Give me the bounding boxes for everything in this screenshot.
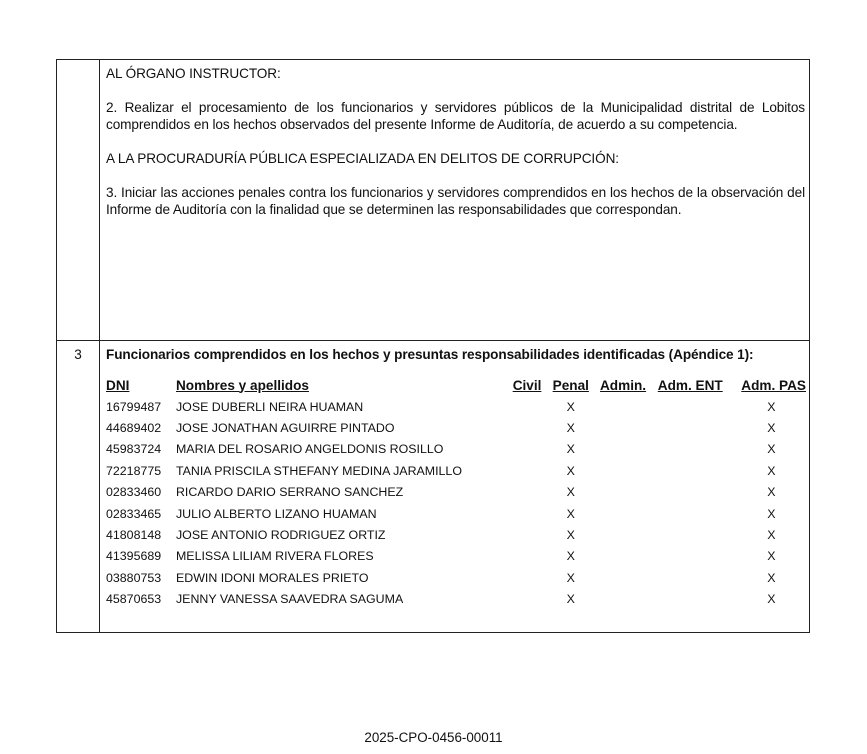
recommendations-cell: AL ÓRGANO INSTRUCTOR: 2. Realizar el pro… [106,65,805,235]
table-row: 44689402JOSE JONATHAN AGUIRRE PINTADOXX [106,417,806,438]
cell-adm-pas: X [729,439,806,460]
cell-adm-ent [652,396,729,417]
cell-civil [507,503,547,524]
table-row: 45983724MARIA DEL ROSARIO ANGELDONIS ROS… [106,439,806,460]
column-header-civil: Civil [507,374,547,396]
cell-dni: 02833460 [106,482,176,503]
cell-dni: 02833465 [106,503,176,524]
cell-adm-pas: X [729,567,806,588]
cell-penal: X [547,503,594,524]
column-header-penal: Penal [547,374,594,396]
column-divider [99,60,100,632]
cell-civil [507,589,547,610]
cell-name: JENNY VANESSA SAAVEDRA SAGUMA [176,589,507,610]
cell-adm-pas: X [729,503,806,524]
cell-name: JOSE ANTONIO RODRIGUEZ ORTIZ [176,524,507,545]
cell-admin [594,482,651,503]
cell-penal: X [547,546,594,567]
officials-responsibility-table: DNI Nombres y apellidos Civil Penal Admi… [106,374,806,610]
cell-civil [507,524,547,545]
cell-name: JULIO ALBERTO LIZANO HUAMAN [176,503,507,524]
cell-civil [507,417,547,438]
cell-name: EDWIN IDONI MORALES PRIETO [176,567,507,588]
cell-admin [594,589,651,610]
recommendations-table: AL ÓRGANO INSTRUCTOR: 2. Realizar el pro… [56,59,810,633]
cell-admin [594,396,651,417]
cell-civil [507,567,547,588]
cell-adm-pas: X [729,460,806,481]
cell-dni: 45983724 [106,439,176,460]
table-row: 03880753EDWIN IDONI MORALES PRIETOXX [106,567,806,588]
cell-admin [594,524,651,545]
document-page: AL ÓRGANO INSTRUCTOR: 2. Realizar el pro… [0,0,867,754]
heading-procuraduria: A LA PROCURADURÍA PÚBLICA ESPECIALIZADA … [106,150,805,167]
cell-adm-ent [652,589,729,610]
officials-table-body: 16799487JOSE DUBERLI NEIRA HUAMANXX44689… [106,396,806,610]
row-divider [57,340,809,341]
cell-penal: X [547,589,594,610]
cell-civil [507,396,547,417]
cell-dni: 41808148 [106,524,176,545]
cell-penal: X [547,439,594,460]
column-header-adm-pas: Adm. PAS [729,374,806,396]
cell-dni: 45870653 [106,589,176,610]
cell-adm-ent [652,417,729,438]
cell-adm-ent [652,503,729,524]
cell-adm-pas: X [729,546,806,567]
officials-cell: Funcionarios comprendidos en los hechos … [106,346,805,363]
cell-name: TANIA PRISCILA STHEFANY MEDINA JARAMILLO [176,460,507,481]
document-code: 2025-CPO-0456-00011 [0,730,867,745]
cell-civil [507,439,547,460]
cell-adm-ent [652,524,729,545]
cell-adm-pas: X [729,524,806,545]
table-row: 16799487JOSE DUBERLI NEIRA HUAMANXX [106,396,806,417]
cell-admin [594,546,651,567]
cell-dni: 44689402 [106,417,176,438]
cell-admin [594,503,651,524]
table-row: 02833465JULIO ALBERTO LIZANO HUAMANXX [106,503,806,524]
cell-penal: X [547,396,594,417]
column-header-adm-ent: Adm. ENT [652,374,729,396]
cell-dni: 03880753 [106,567,176,588]
cell-penal: X [547,417,594,438]
cell-penal: X [547,567,594,588]
table-row: 45870653JENNY VANESSA SAAVEDRA SAGUMAXX [106,589,806,610]
cell-name: JOSE DUBERLI NEIRA HUAMAN [176,396,507,417]
column-header-dni: DNI [106,374,176,396]
cell-penal: X [547,482,594,503]
cell-admin [594,460,651,481]
cell-adm-ent [652,567,729,588]
cell-admin [594,439,651,460]
column-header-name: Nombres y apellidos [176,374,507,396]
cell-dni: 72218775 [106,460,176,481]
table-row: 41808148JOSE ANTONIO RODRIGUEZ ORTIZXX [106,524,806,545]
cell-adm-ent [652,546,729,567]
cell-penal: X [547,524,594,545]
section-number: 3 [57,346,99,363]
cell-adm-pas: X [729,589,806,610]
cell-adm-ent [652,439,729,460]
cell-name: JOSE JONATHAN AGUIRRE PINTADO [176,417,507,438]
table-row: 02833460RICARDO DARIO SERRANO SANCHEZXX [106,482,806,503]
table-row: 41395689MELISSA LILIAM RIVERA FLORESXX [106,546,806,567]
cell-dni: 16799487 [106,396,176,417]
cell-dni: 41395689 [106,546,176,567]
cell-adm-pas: X [729,482,806,503]
cell-admin [594,567,651,588]
table-header-row: DNI Nombres y apellidos Civil Penal Admi… [106,374,806,396]
cell-adm-ent [652,460,729,481]
cell-name: RICARDO DARIO SERRANO SANCHEZ [176,482,507,503]
cell-name: MARIA DEL ROSARIO ANGELDONIS ROSILLO [176,439,507,460]
recommendation-item-2: 2. Realizar el procesamiento de los func… [106,99,805,133]
cell-civil [507,460,547,481]
officials-title: Funcionarios comprendidos en los hechos … [106,346,805,363]
heading-organo-instructor: AL ÓRGANO INSTRUCTOR: [106,65,805,82]
table-row: 72218775TANIA PRISCILA STHEFANY MEDINA J… [106,460,806,481]
cell-civil [507,482,547,503]
cell-civil [507,546,547,567]
cell-name: MELISSA LILIAM RIVERA FLORES [176,546,507,567]
column-header-admin: Admin. [594,374,651,396]
cell-adm-pas: X [729,417,806,438]
cell-adm-pas: X [729,396,806,417]
cell-penal: X [547,460,594,481]
cell-adm-ent [652,482,729,503]
cell-admin [594,417,651,438]
recommendation-item-3: 3. Iniciar las acciones penales contra l… [106,184,805,218]
